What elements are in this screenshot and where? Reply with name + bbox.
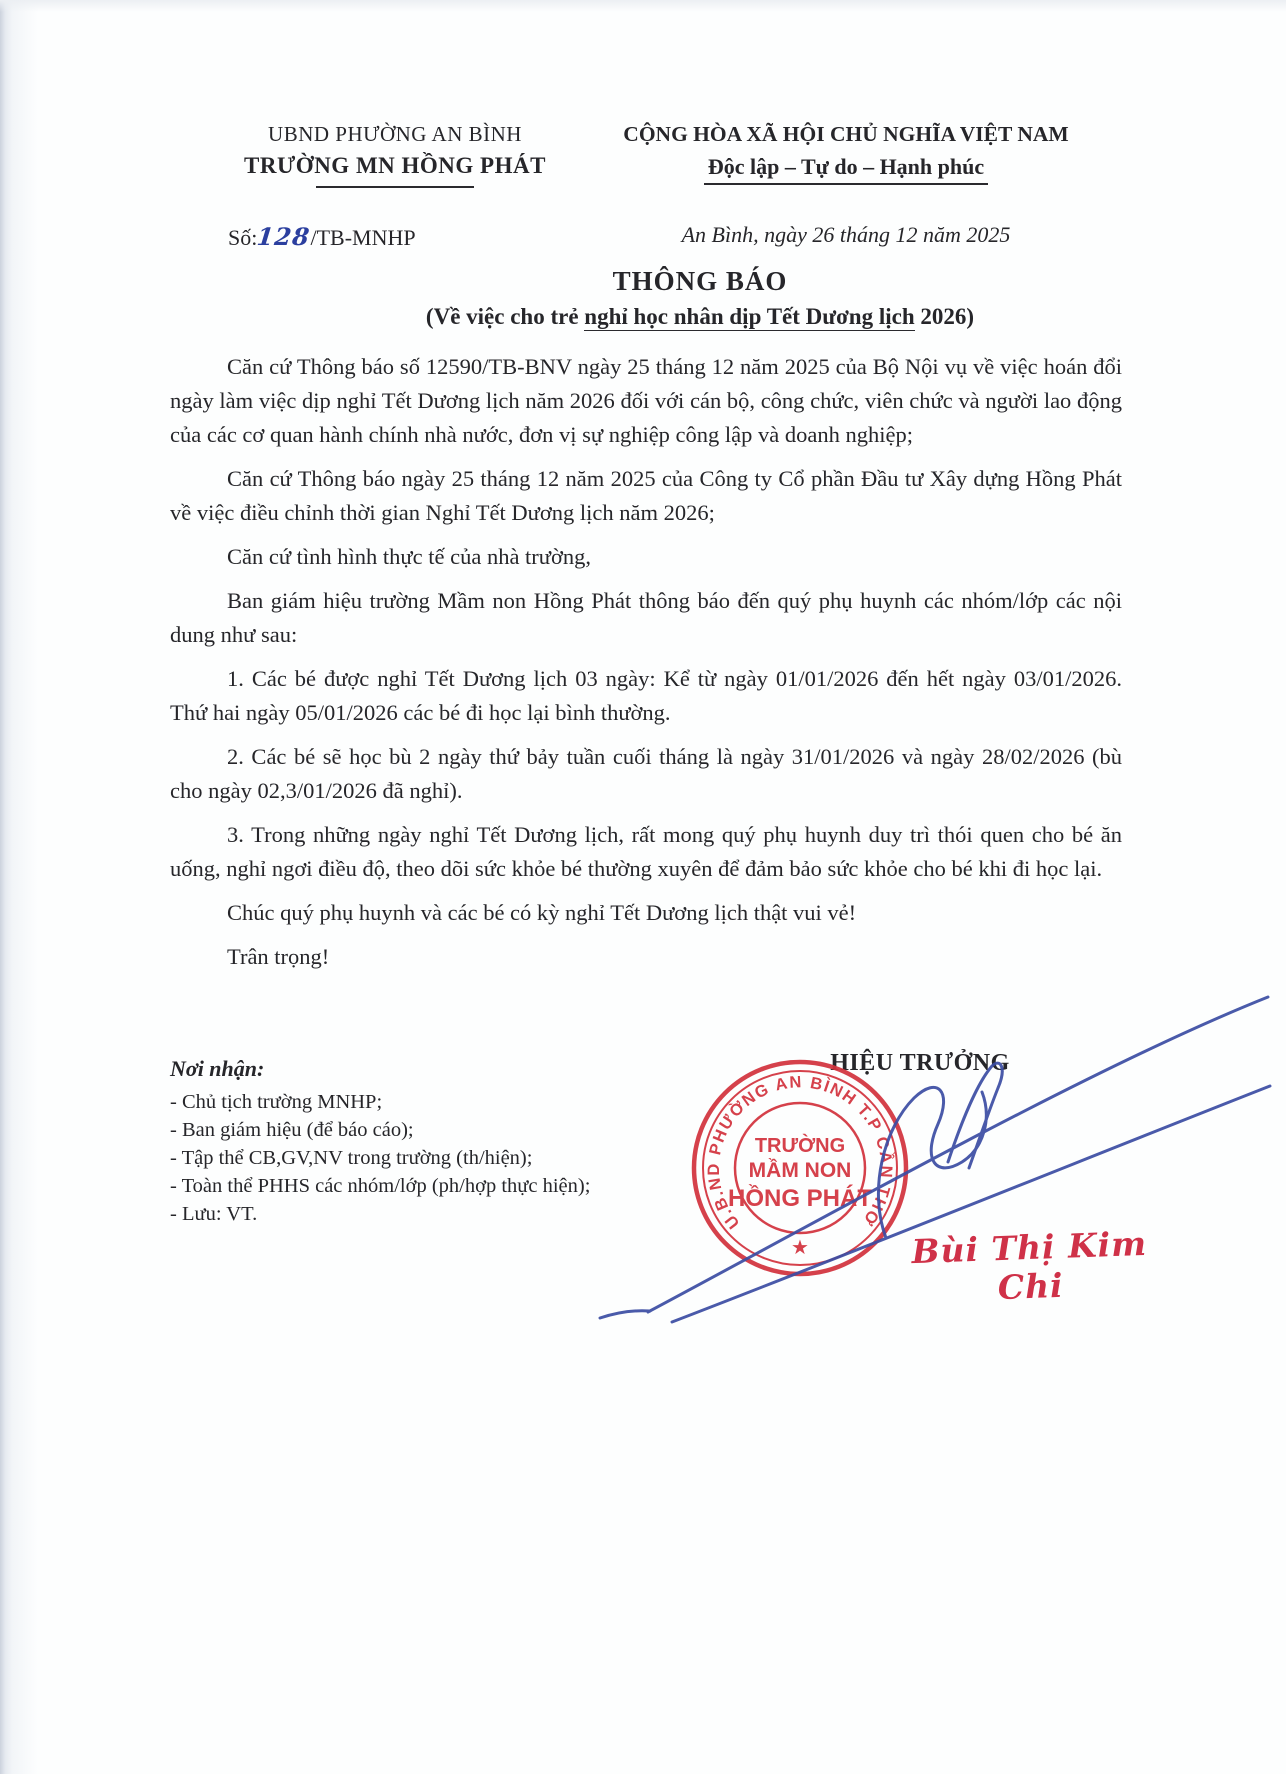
stamp-star-icon: ★ <box>791 1237 809 1259</box>
scan-left-edge-shadow <box>0 0 38 1774</box>
recipients-title: Nơi nhận: <box>170 1056 650 1082</box>
signature-ascender <box>948 1063 1002 1168</box>
signature-tail <box>600 1311 650 1318</box>
ref-suffix: /TB-MNHP <box>310 225 415 250</box>
school-name-underline <box>316 186 474 188</box>
national-title: CỘNG HÒA XÃ HỘI CHỦ NGHĨA VIỆT NAM <box>596 122 1096 147</box>
stamp-line1: TRƯỜNG <box>755 1133 845 1157</box>
ref-label: Số: <box>228 225 257 250</box>
document-subtitle: (Về việc cho trẻ nghỉ học nhân dịp Tết D… <box>170 304 1190 330</box>
recipient-line: - Tập thể CB,GV,NV trong trường (th/hiện… <box>170 1144 650 1172</box>
recipients-list: - Chủ tịch trường MNHP;- Ban giám hiệu (… <box>170 1088 650 1228</box>
signer-name: Bùi Thị Kim Chi <box>874 1223 1187 1312</box>
stamp-line2: MẦM NON <box>749 1159 852 1182</box>
parent-org-name: UBND PHƯỜNG AN BÌNH <box>200 122 590 147</box>
document-body: Căn cứ Thông báo số 12590/TB-BNV ngày 25… <box>170 350 1122 984</box>
stamp-line3: HỒNG PHÁT <box>728 1184 872 1212</box>
body-paragraph: Trân trọng! <box>170 940 1122 974</box>
subtitle-open: (Về việc cho trẻ <box>426 304 584 329</box>
recipient-line: - Lưu: VT. <box>170 1200 650 1228</box>
scan-top-edge-shadow <box>0 0 1286 12</box>
national-motto: Độc lập – Tự do – Hạnh phúc <box>704 154 988 185</box>
national-header-block: CỘNG HÒA XÃ HỘI CHỦ NGHĨA VIỆT NAM Độc l… <box>596 122 1096 185</box>
body-paragraph: 3. Trong những ngày nghỉ Tết Dương lịch,… <box>170 818 1122 886</box>
scanned-document-page: UBND PHƯỜNG AN BÌNH TRƯỜNG MN HỒNG PHÁT … <box>0 0 1286 1774</box>
subtitle-underlined: nghỉ học nhân dịp Tết Dương lịch <box>584 304 914 331</box>
body-paragraph: Căn cứ Thông báo số 12590/TB-BNV ngày 25… <box>170 350 1122 452</box>
body-paragraph: Chúc quý phụ huynh và các bé có kỳ nghỉ … <box>170 896 1122 930</box>
recipient-line: - Toàn thể PHHS các nhóm/lớp (ph/hợp thự… <box>170 1172 650 1200</box>
recipient-line: - Chủ tịch trường MNHP; <box>170 1088 650 1116</box>
body-paragraph: Căn cứ Thông báo ngày 25 tháng 12 năm 20… <box>170 462 1122 530</box>
recipient-line: - Ban giám hiệu (để báo cáo); <box>170 1116 650 1144</box>
school-name: TRƯỜNG MN HỒNG PHÁT <box>200 153 590 179</box>
body-paragraph: Ban giám hiệu trường Mầm non Hồng Phát t… <box>170 584 1122 652</box>
body-paragraph: Căn cứ tình hình thực tế của nhà trường, <box>170 540 1122 574</box>
recipients-block: Nơi nhận: - Chủ tịch trường MNHP;- Ban g… <box>170 1056 650 1228</box>
body-paragraph: 2. Các bé sẽ học bù 2 ngày thứ bảy tuần … <box>170 740 1122 808</box>
body-paragraph: 1. Các bé được nghỉ Tết Dương lịch 03 ng… <box>170 662 1122 730</box>
reference-number: Số:128/TB-MNHP <box>228 222 416 251</box>
issuing-org-block: UBND PHƯỜNG AN BÌNH TRƯỜNG MN HỒNG PHÁT <box>200 122 590 188</box>
ref-number-handwritten: 128 <box>256 222 312 251</box>
subtitle-close: 2026) <box>915 304 974 329</box>
document-title: THÔNG BÁO <box>170 266 1190 297</box>
place-and-date: An Bình, ngày 26 tháng 12 năm 2025 <box>596 222 1096 248</box>
